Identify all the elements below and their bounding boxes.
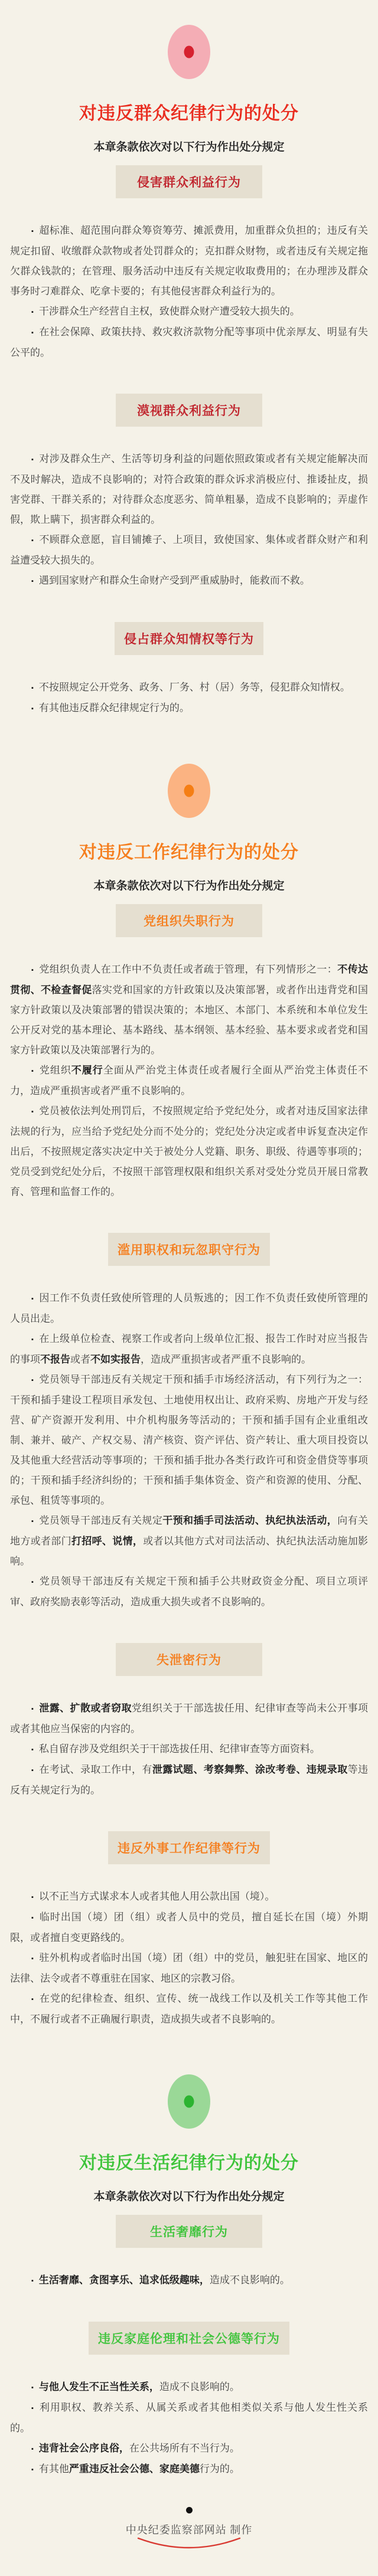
bullet-text: 在社会保障、政策扶持、救灾救济款物分配等事项中优亲厚友、明显有失公平的。 <box>10 326 368 358</box>
bullet-square-icon: ▪ <box>31 2466 34 2473</box>
bullet-square-icon: ▪ <box>31 1295 34 1302</box>
bullet-item: ▪生活奢靡、贪图享乐、追求低级趣味，造成不良影响的。 <box>10 2270 368 2291</box>
bullet-square-icon: ▪ <box>31 228 34 235</box>
bullet-text: 党员领导干部违反有关规定 <box>39 1515 162 1526</box>
work-discipline-circle-icon <box>168 764 210 818</box>
bullet-square-icon: ▪ <box>31 1377 34 1384</box>
section-header-wrap: 侵占群众知情权等行为 <box>0 622 378 655</box>
bullet-item: ▪在考试、录取工作中，有泄露试题、考察舞弊、涂改考卷、违规录取等违反有关规定行为… <box>10 1760 368 1801</box>
bullet-item: ▪与他人发生不正当性关系，造成不良影响的。 <box>10 2377 368 2398</box>
bullet-item: ▪有其他严重违反社会公德、家庭美德行为的。 <box>10 2459 368 2480</box>
bullet-item: ▪党组织不履行全面从严治党主体责任或者履行全面从严治党主体责任不力，造成严重损害… <box>10 1060 368 1101</box>
section-header-wrap: 侵害群众利益行为 <box>0 165 378 198</box>
life-discipline-circle-dot-icon <box>184 2096 194 2108</box>
bullet-text-bold: 泄露、扩散或者窃取 <box>39 1703 132 1714</box>
bullet-item: ▪以不正当方式谋求本人或者其他人用公款出国（境）。 <box>10 1887 368 1907</box>
bullet-text-bold: 严重违反社会公德、家庭美德 <box>69 2463 200 2474</box>
bullet-list: ▪生活奢靡、贪图享乐、追求低级趣味，造成不良影响的。 <box>0 2270 378 2291</box>
section-header-wrap: 生活奢靡行为 <box>0 2215 378 2248</box>
chapter-subtitle: 本章条款依次对以下行为作出处分规定 <box>0 138 378 154</box>
bullet-item: ▪因工作不负责任致使所管理的人员叛逃的；因工作不负责任致使所管理的人员出走。 <box>10 1288 368 1329</box>
bullet-item: ▪在社会保障、政策扶持、救灾救济款物分配等事项中优亲厚友、明显有失公平的。 <box>10 322 368 363</box>
section-header-wrap: 违反家庭伦理和社会公德等行为 <box>0 2322 378 2355</box>
life-discipline-circle-icon <box>168 2074 210 2129</box>
bullet-text: 遇到国家财产和群众生命财产受到严重威胁时，能救而不救。 <box>39 575 310 586</box>
bullet-item: ▪驻外机构或者临时出国（境）团（组）中的党员，触犯驻在国家、地区的法律、法令或者… <box>10 1948 368 1989</box>
chapter-title: 对违反生活纪律行为的处分 <box>0 2148 378 2174</box>
section-header: 违反家庭伦理和社会公德等行为 <box>89 2322 289 2355</box>
bullet-square-icon: ▪ <box>31 456 34 463</box>
bullet-text: 驻外机构或者临时出国（境）团（组）中的党员，触犯驻在国家、地区的法律、法令或者不… <box>10 1952 368 1984</box>
bullet-square-icon: ▪ <box>31 2384 34 2391</box>
bullet-square-icon: ▪ <box>31 1068 34 1075</box>
work-discipline-circle-dot-icon <box>184 785 194 797</box>
bullet-text: 有其他 <box>39 2463 69 2474</box>
bullet-text: 在考试、录取工作中，有 <box>39 1764 152 1775</box>
bullet-text: 党员被依法判处刑罚后，不按照规定给予党纪处分，或者对违反国家法律法规的行为，应当… <box>10 1105 368 1197</box>
bullet-item: ▪违背社会公序良俗，在公共场所有不当行为。 <box>10 2438 368 2459</box>
mass-discipline-circle-icon <box>168 25 210 79</box>
section-header: 侵占群众知情权等行为 <box>115 622 263 655</box>
bullet-text: 在公共场所有不当行为。 <box>129 2443 240 2454</box>
bullet-text: 干涉群众生产经营自主权，致使群众财产遭受较大损失的。 <box>39 306 300 317</box>
bottom-padding <box>0 2552 378 2576</box>
bullet-text: 有其他违反群众纪律规定行为的。 <box>39 702 190 713</box>
bullet-text: 不按照规定公开党务、政务、厂务、村（居）务等，侵犯群众知情权。 <box>39 682 350 693</box>
bullet-text-bold: 泄露试题、考察舞弊、涂改考卷、违规录取 <box>152 1764 348 1775</box>
bullet-square-icon: ▪ <box>31 2277 34 2284</box>
bullet-list: ▪超标准、超范围向群众筹资筹劳、摊派费用，加重群众负担的；违反有关规定扣留、收缴… <box>0 221 378 363</box>
bullet-item: ▪私自留存涉及党组织关于干部选拔任用、纪律审查等方面资料。 <box>10 1739 368 1760</box>
footer: 中央纪委监察部网站 制作 <box>0 2507 378 2552</box>
section-header: 失泄密行为 <box>116 1643 262 1676</box>
section-header: 侵害群众利益行为 <box>116 165 262 198</box>
footer-dot-icon <box>186 2507 193 2513</box>
bullet-item: ▪超标准、超范围向群众筹资筹劳、摊派费用，加重群众负担的；违反有关规定扣留、收缴… <box>10 221 368 302</box>
section-header-wrap: 滥用职权和玩忽职守行为 <box>0 1233 378 1266</box>
section-header-wrap: 党组织失职行为 <box>0 904 378 937</box>
bullet-text: 超标准、超范围向群众筹资筹劳、摊派费用，加重群众负担的；违反有关规定扣留、收缴群… <box>10 225 368 297</box>
bullet-square-icon: ▪ <box>31 1996 34 2003</box>
bullet-text: 对涉及群众生产、生活等切身利益的问题依照政策或者有关规定能解决而不及时解决，造成… <box>10 453 368 525</box>
chapter-work-discipline: 对违反工作纪律行为的处分本章条款依次对以下行为作出处分规定党组织失职行为▪党组织… <box>0 764 378 2030</box>
footer-red-arc-icon <box>135 2535 243 2552</box>
bullet-item: ▪对涉及群众生产、生活等切身利益的问题依照政策或者有关规定能解决而不及时解决，造… <box>10 449 368 530</box>
bullet-item: ▪有其他违反群众纪律规定行为的。 <box>10 698 368 719</box>
bullet-text: 党员领导干部违反有关规定干预和插手公共财政资金分配、项目立项评审、政府奖励表彰等… <box>10 1576 368 1608</box>
bullet-square-icon: ▪ <box>31 1518 34 1525</box>
chapter-subtitle: 本章条款依次对以下行为作出处分规定 <box>0 877 378 893</box>
bullet-text-bold: 打招呼、说情， <box>71 1536 143 1547</box>
bullet-square-icon: ▪ <box>31 1706 34 1713</box>
bullet-item: ▪利用职权、教养关系、从属关系或者其他相类似关系与他人发生性关系的。 <box>10 2398 368 2438</box>
bullet-text: 行为的。 <box>200 2463 240 2474</box>
bullet-text: 利用职权、教养关系、从属关系或者其他相类似关系与他人发生性关系的。 <box>10 2402 368 2434</box>
bullet-square-icon: ▪ <box>31 685 34 692</box>
bullet-square-icon: ▪ <box>31 329 34 336</box>
bullet-square-icon: ▪ <box>31 1746 34 1753</box>
bullet-square-icon: ▪ <box>31 1914 34 1922</box>
bullet-item: ▪在党的纪律检查、组织、宣传、统一战线工作以及机关工作等其他工作中，不履行或者不… <box>10 1989 368 2030</box>
bullet-square-icon: ▪ <box>31 1108 34 1115</box>
bullet-text-bold: 违背社会公序良俗， <box>39 2443 129 2454</box>
bullet-text: 因工作不负责任致使所管理的人员叛逃的；因工作不负责任致使所管理的人员出走。 <box>10 1292 368 1324</box>
bullet-item: ▪党员领导干部违反有关规定干预和插手市场经济活动，有下列行为之一：干预和插手建设… <box>10 1370 368 1511</box>
bullet-item: ▪遇到国家财产和群众生命财产受到严重威胁时，能救而不救。 <box>10 571 368 591</box>
footer-credit: 中央纪委监察部网站 制作 <box>0 2522 378 2537</box>
bullet-text: 在党的纪律检查、组织、宣传、统一战线工作以及机关工作等其他工作中，不履行或者不正… <box>10 1993 368 2025</box>
bullet-item: ▪临时出国（境）团（组）或者人员中的党员，擅自延长在国（境）外期限，或者擅自变更… <box>10 1907 368 1948</box>
bullet-square-icon: ▪ <box>31 967 34 974</box>
bullet-list: ▪泄露、扩散或者窃取党组织关于干部选拔任用、纪律审查等尚未公开事项或者其他应当保… <box>0 1698 378 1801</box>
bullet-text: ，造成严重损害或者严重不良影响的。 <box>141 1354 311 1365</box>
chapters-container: 对违反群众纪律行为的处分本章条款依次对以下行为作出处分规定侵害群众利益行为▪超标… <box>0 25 378 2480</box>
chapter-mass-discipline: 对违反群众纪律行为的处分本章条款依次对以下行为作出处分规定侵害群众利益行为▪超标… <box>0 25 378 719</box>
bullet-text: 党组织负责人在工作中不负责任或者疏于管理，有下列情形之一： <box>39 964 337 975</box>
section-header: 滥用职权和玩忽职守行为 <box>108 1233 270 1266</box>
section-header-wrap: 失泄密行为 <box>0 1643 378 1676</box>
section-header: 违反外事工作纪律等行为 <box>108 1831 270 1864</box>
bullet-text: 不顾群众意愿，盲目铺摊子、上项目，致使国家、集体或者群众财产和利益遭受较大损失的… <box>10 534 368 566</box>
bullet-item: ▪党组织负责人在工作中不负责任或者疏于管理，有下列情形之一：不传达贯彻、不检查督… <box>10 960 368 1060</box>
bullet-text: 党员领导干部违反有关规定干预和插手市场经济活动，有下列行为之一：干预和插手建设工… <box>10 1374 368 1506</box>
bullet-text-bold: 生活奢靡、贪图享乐、追求低级趣味， <box>39 2274 210 2286</box>
bullet-item: ▪不按照规定公开党务、政务、厂务、村（居）务等，侵犯群众知情权。 <box>10 677 368 698</box>
section-header: 党组织失职行为 <box>116 904 262 937</box>
bullet-text: 造成不良影响的。 <box>159 2381 240 2392</box>
chapter-subtitle: 本章条款依次对以下行为作出处分规定 <box>0 2188 378 2204</box>
bullet-square-icon: ▪ <box>31 1336 34 1343</box>
bullet-list: ▪以不正当方式谋求本人或者其他人用公款出国（境）。▪临时出国（境）团（组）或者人… <box>0 1887 378 2030</box>
chapter-life-discipline: 对违反生活纪律行为的处分本章条款依次对以下行为作出处分规定生活奢靡行为▪生活奢靡… <box>0 2074 378 2480</box>
bullet-square-icon: ▪ <box>31 2405 34 2412</box>
bullet-item: ▪在上级单位检查、视察工作或者向上级单位汇报、报告工作时对应当报告的事项不报告或… <box>10 1329 368 1370</box>
bullet-square-icon: ▪ <box>31 309 34 316</box>
bullet-square-icon: ▪ <box>31 1579 34 1586</box>
bullet-text: 或者 <box>70 1354 90 1365</box>
bullet-item: ▪党员领导干部违反有关规定干预和插手司法活动、执纪执法活动，向有关地方或者部门打… <box>10 1511 368 1572</box>
bullet-text-bold: 不报告 <box>40 1354 70 1365</box>
bullet-list: ▪与他人发生不正当性关系，造成不良影响的。▪利用职权、教养关系、从属关系或者其他… <box>0 2377 378 2480</box>
bullet-text: 以不正当方式谋求本人或者其他人用公款出国（境）。 <box>39 1891 275 1902</box>
bullet-list: ▪对涉及群众生产、生活等切身利益的问题依照政策或者有关规定能解决而不及时解决，造… <box>0 449 378 591</box>
bullet-item: ▪干涉群众生产经营自主权，致使群众财产遭受较大损失的。 <box>10 302 368 322</box>
infographic-page: 对违反群众纪律行为的处分本章条款依次对以下行为作出处分规定侵害群众利益行为▪超标… <box>0 0 378 2576</box>
bullet-text-bold: 干预和插手司法活动、执纪执法活动， <box>162 1515 337 1526</box>
bullet-item: ▪不顾群众意愿，盲目铺摊子、上项目，致使国家、集体或者群众财产和利益遭受较大损失… <box>10 530 368 571</box>
section-header-wrap: 违反外事工作纪律等行为 <box>0 1831 378 1864</box>
section-header: 漠视群众利益行为 <box>116 394 262 427</box>
chapter-title: 对违反工作纪律行为的处分 <box>0 837 378 863</box>
bullet-square-icon: ▪ <box>31 1894 34 1901</box>
bullet-square-icon: ▪ <box>31 1767 34 1774</box>
bullet-text-bold: 不如实报告 <box>90 1354 141 1365</box>
bullet-item: ▪党员被依法判处刑罚后，不按照规定给予党纪处分，或者对违反国家法律法规的行为，应… <box>10 1101 368 1202</box>
bullet-list: ▪不按照规定公开党务、政务、厂务、村（居）务等，侵犯群众知情权。▪有其他违反群众… <box>0 677 378 719</box>
bullet-square-icon: ▪ <box>31 578 34 585</box>
section-header-wrap: 漠视群众利益行为 <box>0 394 378 427</box>
bullet-square-icon: ▪ <box>31 537 34 544</box>
bullet-text-bold: 不履行 <box>71 1065 103 1076</box>
bullet-square-icon: ▪ <box>31 2446 34 2453</box>
bullet-list: ▪党组织负责人在工作中不负责任或者疏于管理，有下列情形之一：不传达贯彻、不检查督… <box>0 960 378 1202</box>
bullet-square-icon: ▪ <box>31 1955 34 1962</box>
bullet-text: 私自留存涉及党组织关于干部选拔任用、纪律审查等方面资料。 <box>39 1743 320 1755</box>
bullet-item: ▪泄露、扩散或者窃取党组织关于干部选拔任用、纪律审查等尚未公开事项或者其他应当保… <box>10 1698 368 1739</box>
mass-discipline-circle-dot-icon <box>184 46 194 58</box>
chapter-title: 对违反群众纪律行为的处分 <box>0 99 378 125</box>
bullet-text: 党组织 <box>40 1065 71 1076</box>
bullet-square-icon: ▪ <box>31 705 34 712</box>
bullet-list: ▪因工作不负责任致使所管理的人员叛逃的；因工作不负责任致使所管理的人员出走。▪在… <box>0 1288 378 1612</box>
bullet-text: 临时出国（境）团（组）或者人员中的党员，擅自延长在国（境）外期限，或者擅自变更路… <box>10 1911 368 1943</box>
bullet-text: 造成不良影响的。 <box>210 2274 290 2286</box>
section-header: 生活奢靡行为 <box>116 2215 262 2248</box>
bullet-item: ▪党员领导干部违反有关规定干预和插手公共财政资金分配、项目立项评审、政府奖励表彰… <box>10 1572 368 1612</box>
bullet-text-bold: 与他人发生不正当性关系， <box>39 2381 159 2392</box>
